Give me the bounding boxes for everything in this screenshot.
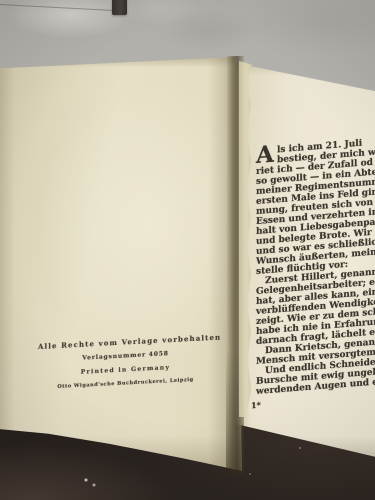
drop-cap: A (256, 144, 274, 167)
wall-crack-line (0, 4, 116, 11)
hanging-strap (112, 0, 127, 15)
imprint-line: Otto Wigand'sche Buchdruckerei, Leipzig (38, 376, 213, 391)
book-left-page: Alle Rechte vom Verlage vorbehaltenVerla… (0, 55, 242, 473)
text-lines: ls ich am 21. Julibestieg, der mich wiri… (256, 133, 375, 397)
body-text-block: A ls ich am 21. Julibestieg, der mich wi… (256, 133, 375, 410)
photo-of-open-book: Alle Rechte vom Verlage vorbehaltenVerla… (0, 0, 375, 500)
imprint-block: Alle Rechte vom Verlage vorbehaltenVerla… (38, 333, 213, 391)
imprint-line: Verlagsnummer 4058 (38, 348, 213, 364)
imprint-line: Printed in Germany (38, 362, 213, 378)
